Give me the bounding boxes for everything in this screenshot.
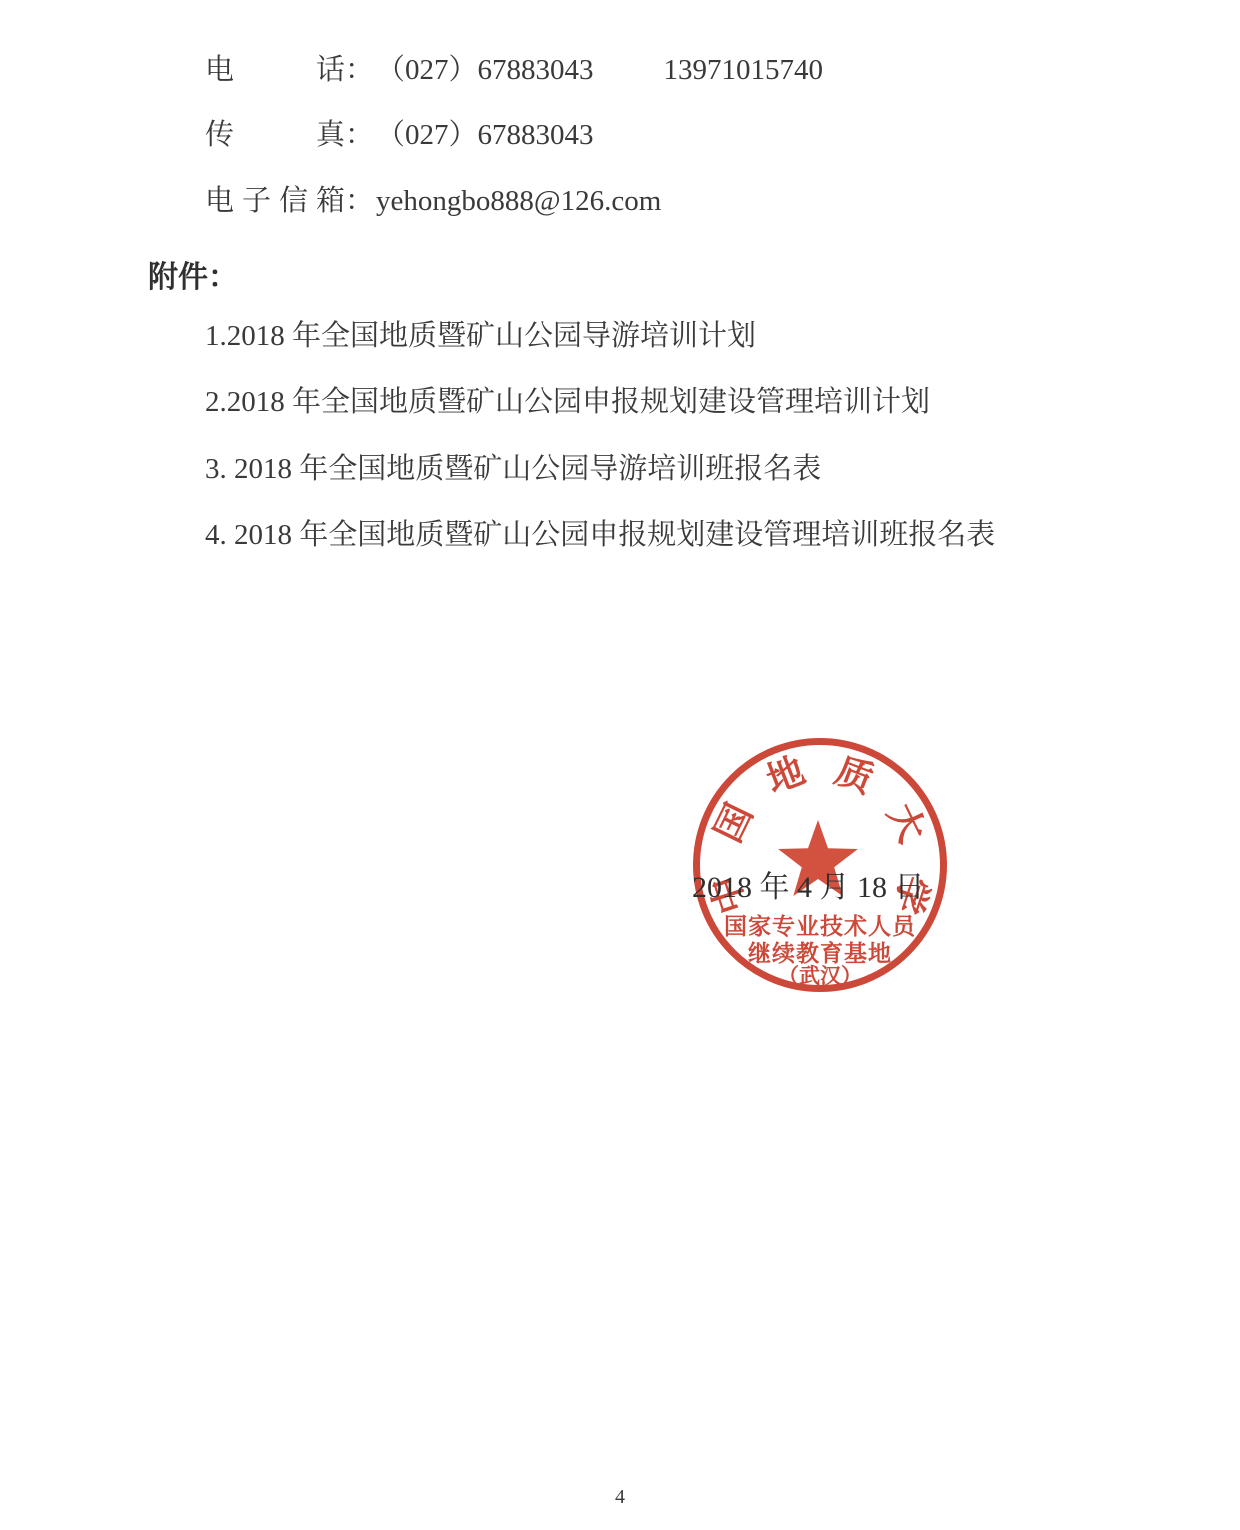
contact-extra-phone: 13971015740 xyxy=(664,52,824,88)
contact-value-fax: （027）67883043 xyxy=(376,117,594,153)
document-page: 电话：（027）6788304313971015740 传真：（027）6788… xyxy=(0,0,1240,1530)
contact-value-email: yehongbo888@126.com xyxy=(376,183,661,219)
contact-value-phone: （027）67883043 xyxy=(376,52,594,88)
contact-separator: ： xyxy=(345,183,374,219)
contact-row-fax: 传真：（027）67883043 xyxy=(205,117,664,153)
page-number: 4 xyxy=(0,1486,1240,1509)
contact-label-phone: 电话 xyxy=(205,52,345,88)
contact-label-email: 电子信箱 xyxy=(205,183,345,219)
contact-label-fax: 传真 xyxy=(205,117,345,153)
contact-row-email: 电子信箱：yehongbo888@126.com xyxy=(205,183,731,219)
attachment-item-1: 1.2018 年全国地质暨矿山公园导游培训计划 xyxy=(205,318,756,354)
contact-row-phone: 电话：（027）6788304313971015740 xyxy=(205,52,823,88)
attachment-item-2: 2.2018 年全国地质暨矿山公园申报规划建设管理培训计划 xyxy=(205,384,930,420)
contact-separator: ： xyxy=(345,117,374,153)
attachment-item-3: 3. 2018 年全国地质暨矿山公园导游培训班报名表 xyxy=(205,451,821,487)
issue-date: 2018 年 4 月 18 日 xyxy=(692,862,925,906)
stamp-line-3: （武汉） xyxy=(693,960,947,990)
attachments-heading: 附件： xyxy=(148,252,238,296)
attachment-item-4: 4. 2018 年全国地质暨矿山公园申报规划建设管理培训班报名表 xyxy=(205,517,995,553)
contact-separator: ： xyxy=(345,52,374,88)
